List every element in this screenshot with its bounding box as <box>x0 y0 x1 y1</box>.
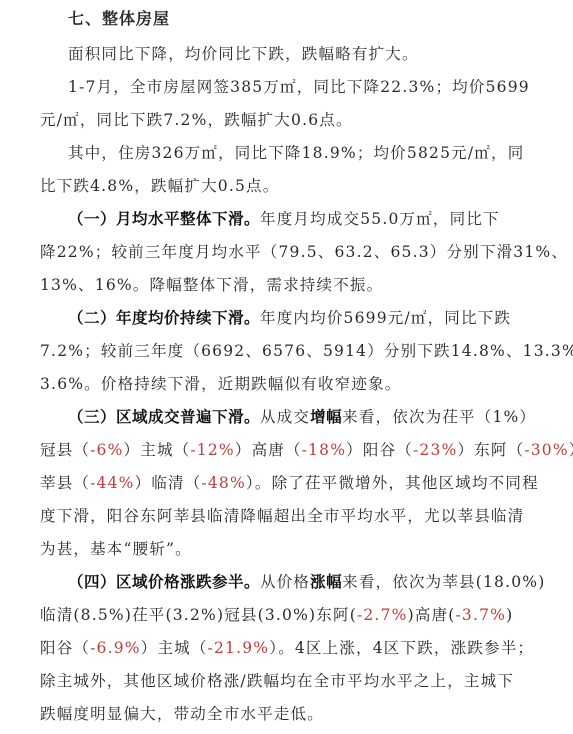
region-name: 茌平 <box>132 606 165 624</box>
region-value: -30% <box>524 441 569 459</box>
region-value: -21.9% <box>208 639 270 657</box>
sec4-line3: 阳谷（-6.9%）主城（-21.9%）。4区上涨，4区下跌，涨跌参半； <box>40 638 534 658</box>
sec4-text-b: 来看，依次为莘县(18.0%) <box>342 573 545 591</box>
region-value: -12% <box>190 441 235 459</box>
para2-line1: 其中，住房326万㎡，同比下降18.9%；均价5825元/㎡，同 <box>68 143 524 163</box>
region-name: 东阿 <box>474 441 507 459</box>
region-value: -6.9% <box>90 639 141 657</box>
sec4-heading: （四）区域价格涨跌参半。 <box>68 573 260 591</box>
sec3-heading: （三）区域成交普遍下滑。 <box>68 408 260 426</box>
region-value: -3.7% <box>455 606 506 624</box>
sec3-emphasis: 增幅 <box>310 408 342 426</box>
sec4-text-a: 从价格 <box>260 573 310 591</box>
region-value: -44% <box>90 474 135 492</box>
region-value: -2.7% <box>357 606 408 624</box>
summary: 面积同比下降，均价同比下跌，跌幅略有扩大。 <box>68 44 419 64</box>
sec3-line4: 度下滑，阳谷东阿莘县临清降幅超出全市平均水平，尤以莘县临清 <box>40 506 524 526</box>
sec1-line3: 13%、16%。降幅整体下滑，需求持续不振。 <box>40 275 383 295</box>
sec3-text-a: 从成交 <box>260 408 310 426</box>
sec2-line1: （二）年度均价持续下滑。年度内均价5699元/㎡，同比下跌 <box>68 308 511 328</box>
region-name: 主城 <box>140 441 173 459</box>
section-title: 七、整体房屋 <box>68 9 170 29</box>
region-name: 莘县 <box>40 474 73 492</box>
para2-line2: 比下跌4.8%，跌幅扩大0.5点。 <box>40 176 279 196</box>
region-name: 主城 <box>157 639 190 657</box>
region-name: 临清 <box>151 474 184 492</box>
region-name: 阳谷 <box>363 441 396 459</box>
para1-line1: 1-7月，全市房屋网签385万㎡，同比下降22.3%；均价5699 <box>68 77 530 97</box>
sec2-line2: 7.2%；较前三年度（6692、6576、5914）分别下跌14.8%、13.3… <box>40 341 573 361</box>
region-name: 高唐 <box>252 441 285 459</box>
region-name: 冠县 <box>40 441 73 459</box>
sec4-line5: 跌幅度明显偏大，带动全市水平走低。 <box>40 704 324 724</box>
region-value: -18% <box>302 441 347 459</box>
sec1-line2: 降22%；较前三年度月均水平（79.5、63.2、65.3）分别下滑31%、 <box>40 242 568 262</box>
sec4-text-c: 。4区上涨，4区下跌，涨跌参半； <box>278 639 534 657</box>
region-name: 东阿 <box>316 606 349 624</box>
region-value: -23% <box>413 441 458 459</box>
sec1-text: 年度月均成交55.0万㎡，同比下 <box>260 210 500 228</box>
region-name: 阳谷 <box>40 639 73 657</box>
sec1-line1: （一）月均水平整体下滑。年度月均成交55.0万㎡，同比下 <box>68 209 500 229</box>
sec2-text: 年度内均价5699元/㎡，同比下跌 <box>260 309 511 327</box>
sec3-line5: 为甚，基本“腰斩”。 <box>40 539 192 559</box>
sec3-line1: （三）区域成交普遍下滑。从成交增幅来看，依次为茌平（1%） <box>68 407 536 427</box>
sec4-line4: 除主城外，其他区域价格涨/跌幅均在全市平均水平之上，主城下 <box>40 671 514 691</box>
region-name: 临清 <box>40 606 73 624</box>
region-name: 高唐 <box>415 606 448 624</box>
sec3-text-c: 。除了茌平微增外，其他区域均不同程 <box>255 474 539 492</box>
sec3-text-b: 来看，依次为茌平（1%） <box>342 408 536 426</box>
sec3-line3: 莘县（-44%）临清（-48%）。除了茌平微增外，其他区域均不同程 <box>40 473 539 493</box>
sec1-heading: （一）月均水平整体下滑。 <box>68 210 260 228</box>
region-value: -6% <box>90 441 123 459</box>
sec4-line1: （四）区域价格涨跌参半。从价格涨幅来看，依次为莘县(18.0%) <box>68 572 545 592</box>
region-value: -48% <box>201 474 246 492</box>
region-value: 3.0% <box>265 606 309 624</box>
sec3-line2: 冠县（-6%）主城（-12%）高唐（-18%）阳谷（-23%）东阿（-30%） <box>40 440 573 460</box>
region-value: 8.5% <box>81 606 125 624</box>
sec4-line2: 临清(8.5%)茌平(3.2%)冠县(3.0%)东阿(-2.7%)高唐(-3.7… <box>40 605 513 625</box>
para1-line2: 元/㎡，同比下跌7.2%，跌幅扩大0.6点。 <box>40 110 353 130</box>
sec4-emphasis: 涨幅 <box>310 573 342 591</box>
region-name: 冠县 <box>224 606 257 624</box>
sec2-heading: （二）年度均价持续下滑。 <box>68 309 260 327</box>
region-value: 3.2% <box>173 606 217 624</box>
sec2-line3: 3.6%。价格持续下滑，近期跌幅似有收窄迹象。 <box>40 374 401 394</box>
